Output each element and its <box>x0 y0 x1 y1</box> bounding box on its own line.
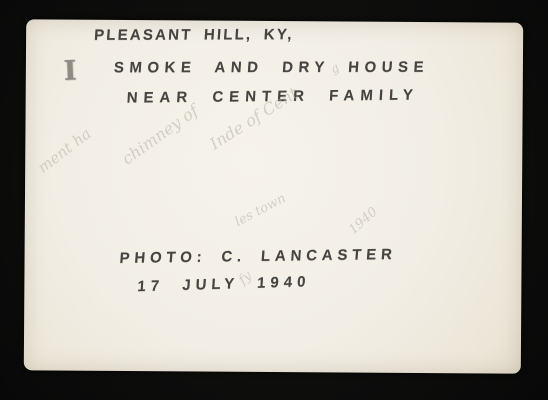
photo-card-back: I PLEASANT HILL, KY, SMOKE AND DRY HOUSE… <box>24 19 523 373</box>
caption-line-location: PLEASANT HILL, KY, <box>94 26 295 44</box>
archival-scan-background: { "scene": { "description": "Back of pho… <box>0 0 548 400</box>
roman-numeral-stamp: I <box>63 57 77 85</box>
faint-pencil-inscription: les town <box>233 191 289 230</box>
faint-pencil-inscription: chimney of <box>118 101 201 168</box>
caption-line-photographer: PHOTO: C. LANCASTER <box>119 246 397 267</box>
caption-line-subject: SMOKE AND DRY HOUSE <box>113 59 429 77</box>
faint-pencil-inscription: 1940 <box>346 205 381 238</box>
faint-pencil-inscription: ment ha <box>34 124 94 176</box>
caption-line-date: 17 JULY 1940 <box>137 273 311 295</box>
